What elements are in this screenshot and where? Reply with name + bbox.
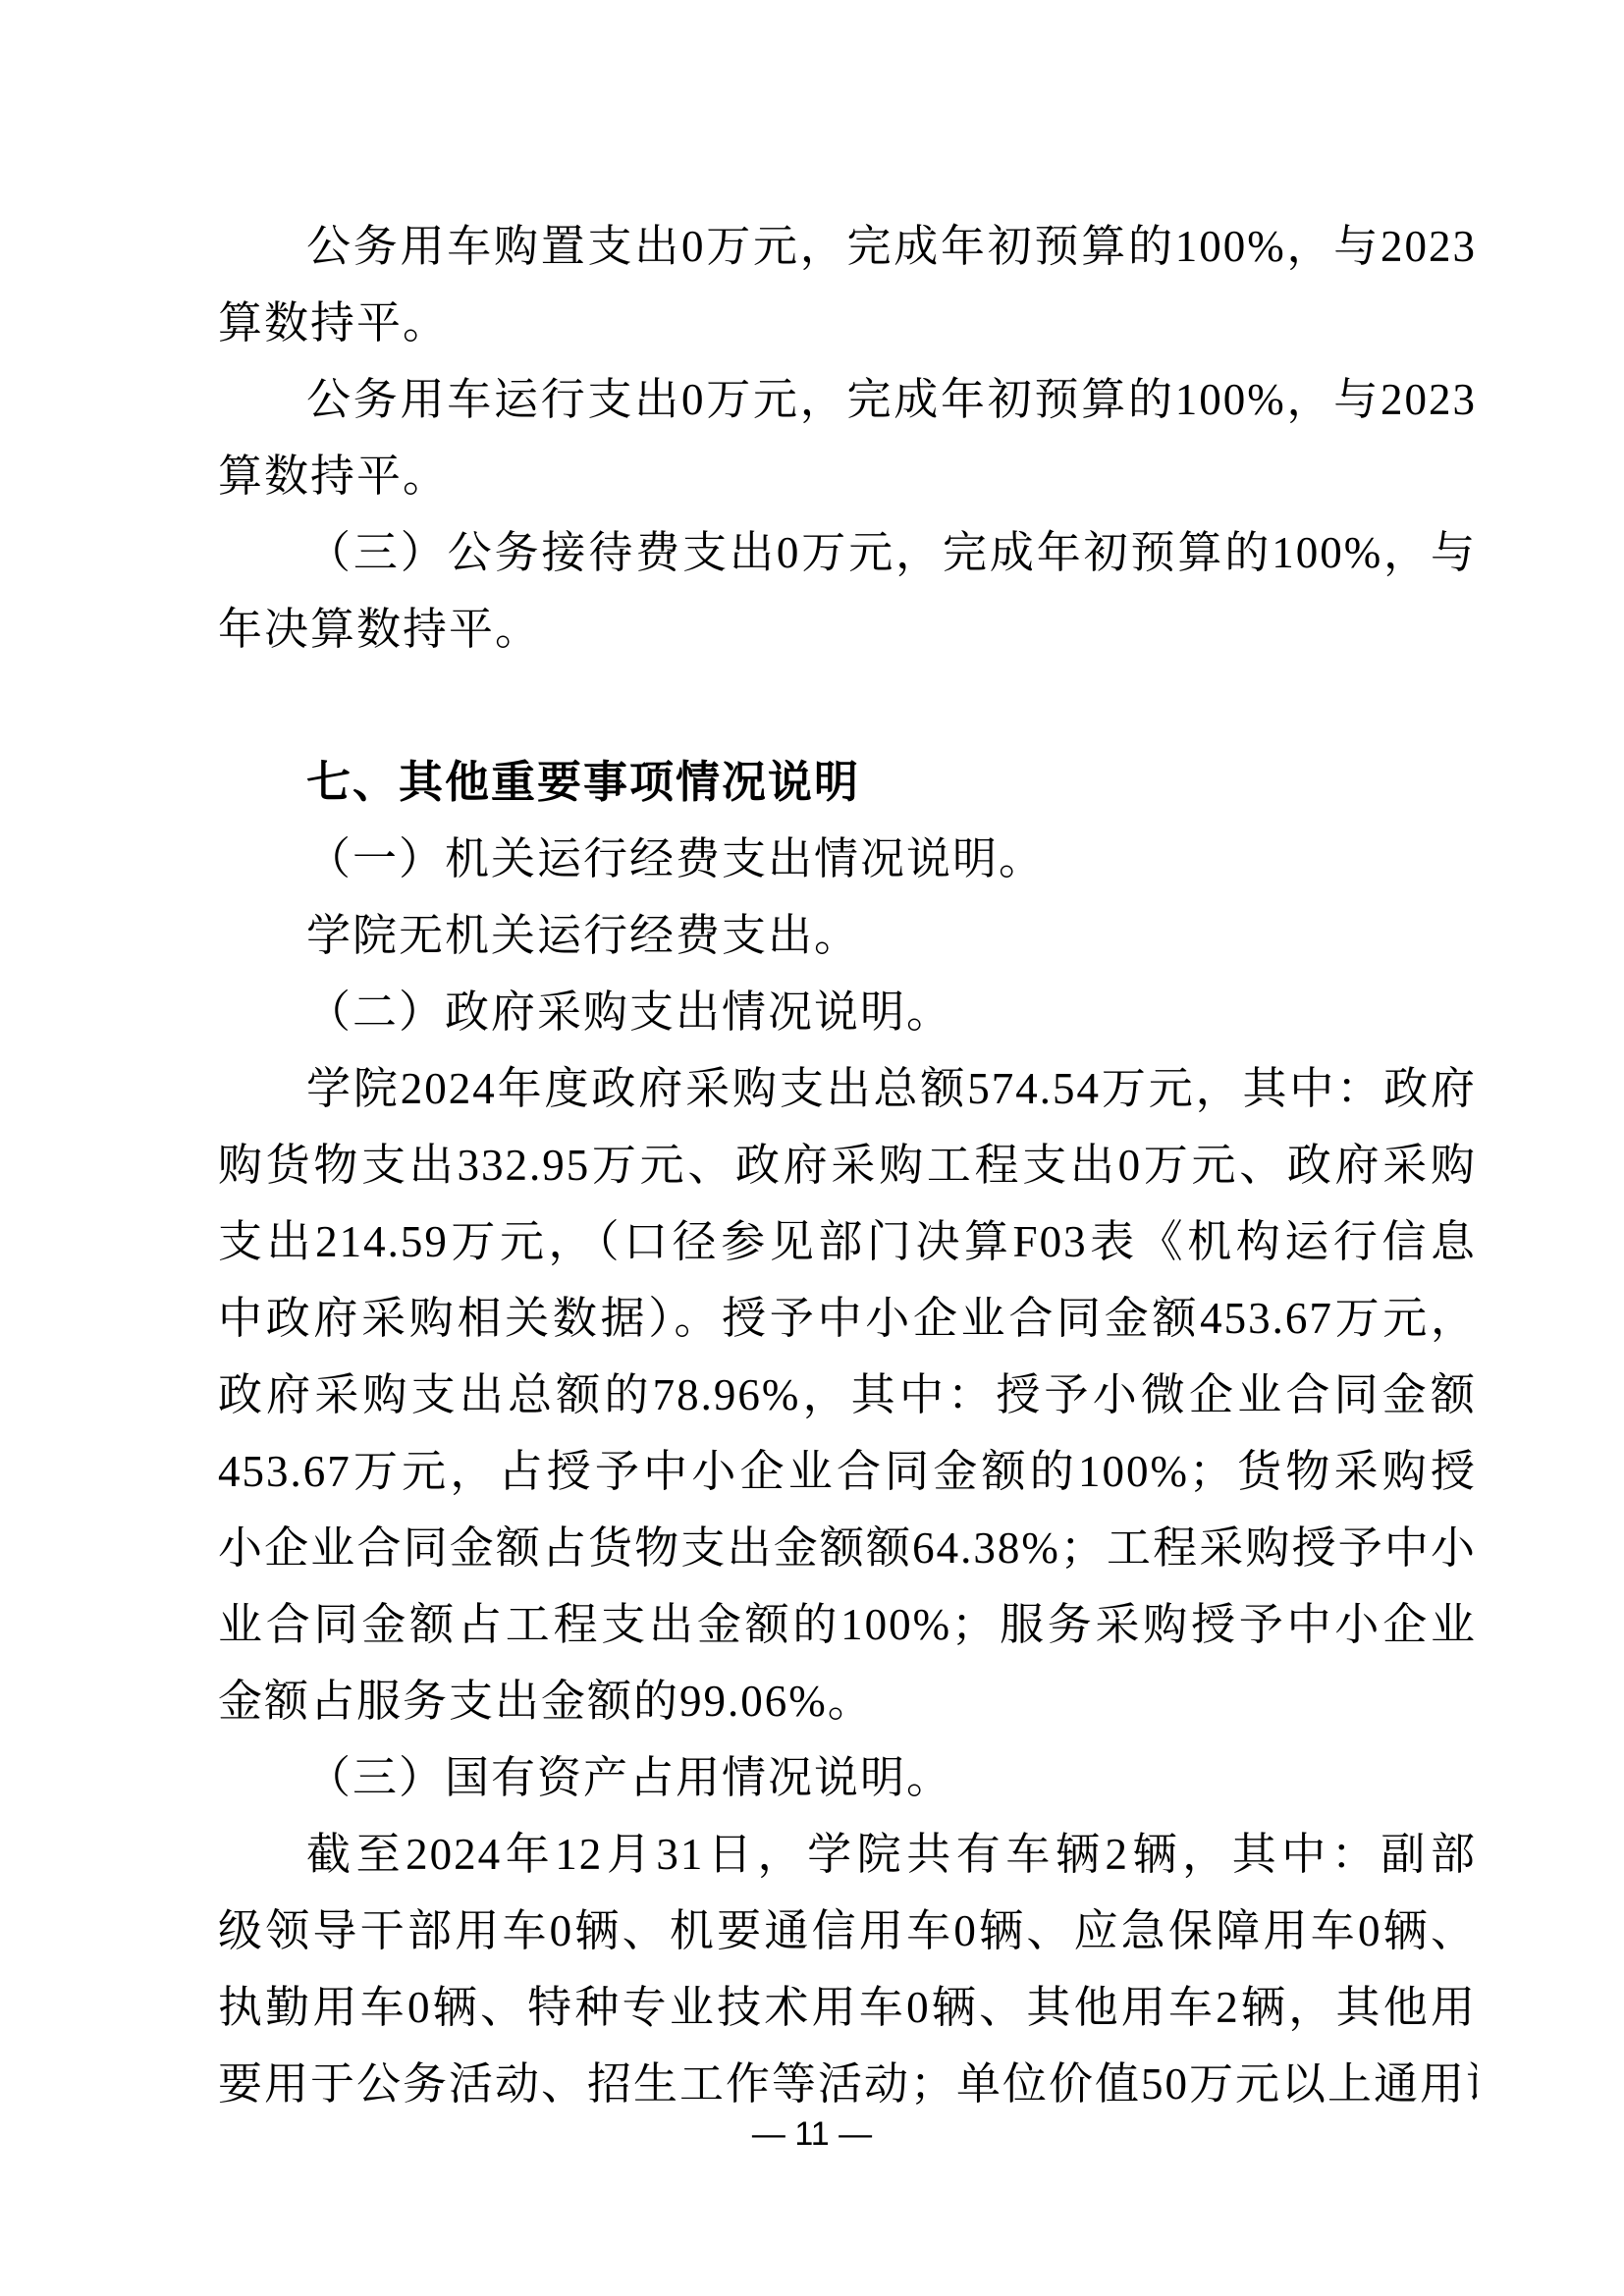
text-line: （二）政府采购支出情况说明。 xyxy=(218,974,1477,1050)
text-line: 公务用车购置支出0万元，完成年初预算的100%，与2023年决 xyxy=(218,208,1477,285)
page-number: — 11 — xyxy=(0,2112,1624,2156)
text-line: 政府采购支出总额的78.96%，其中：授予小微企业合同金额 xyxy=(218,1357,1477,1433)
text-line: 七、其他重要事项情况说明 xyxy=(218,744,1477,821)
text-line: 金额占服务支出金额的99.06%。 xyxy=(218,1663,1477,1739)
paragraph: 公务用车运行支出0万元，完成年初预算的100%，与2023年决算数持平。 xyxy=(218,361,1477,514)
document-page: 公务用车购置支出0万元，完成年初预算的100%，与2023年决算数持平。公务用车… xyxy=(0,0,1624,2296)
text-line: 学院2024年度政府采购支出总额574.54万元，其中：政府采 xyxy=(218,1050,1477,1127)
text-line: 要用于公务活动、招生工作等活动；单位价值50万元以上通用设 xyxy=(218,2046,1477,2122)
text-line: （三）国有资产占用情况说明。 xyxy=(218,1739,1477,1816)
text-line: 算数持平。 xyxy=(218,285,1477,361)
text-line: （三）公务接待费支出0万元，完成年初预算的100%，与2023 xyxy=(218,514,1477,591)
text-line: 支出214.59万元，（口径参见部门决算F03表《机构运行信息表》 xyxy=(218,1203,1477,1280)
paragraph: 学院无机关运行经费支出。 xyxy=(218,897,1477,974)
paragraph: （三）国有资产占用情况说明。 xyxy=(218,1739,1477,1816)
document-body: 公务用车购置支出0万元，完成年初预算的100%，与2023年决算数持平。公务用车… xyxy=(218,208,1477,2122)
text-line: 小企业合同金额占货物支出金额额64.38%；工程采购授予中小企 xyxy=(218,1510,1477,1586)
paragraph: 公务用车购置支出0万元，完成年初预算的100%，与2023年决算数持平。 xyxy=(218,208,1477,361)
text-line: 中政府采购相关数据）。授予中小企业合同金额453.67万元，占 xyxy=(218,1280,1477,1357)
text-line: 级领导干部用车0辆、机要通信用车0辆、应急保障用车0辆、执法 xyxy=(218,1893,1477,1969)
text-line: 453.67万元，占授予中小企业合同金额的100%；货物采购授予中 xyxy=(218,1433,1477,1510)
text-line: 学院无机关运行经费支出。 xyxy=(218,897,1477,974)
text-line: 执勤用车0辆、特种专业技术用车0辆、其他用车2辆，其他用车主 xyxy=(218,1969,1477,2046)
text-line: 年决算数持平。 xyxy=(218,591,1477,667)
paragraph: 学院2024年度政府采购支出总额574.54万元，其中：政府采购货物支出332.… xyxy=(218,1050,1477,1739)
paragraph: （一）机关运行经费支出情况说明。 xyxy=(218,821,1477,897)
text-line: 截至2024年12月31日，学院共有车辆2辆，其中：副部（省） xyxy=(218,1816,1477,1893)
paragraph: （三）公务接待费支出0万元，完成年初预算的100%，与2023年决算数持平。 xyxy=(218,514,1477,667)
text-line: 业合同金额占工程支出金额的100%；服务采购授予中小企业合同 xyxy=(218,1586,1477,1663)
text-line: 算数持平。 xyxy=(218,438,1477,514)
text-line: （一）机关运行经费支出情况说明。 xyxy=(218,821,1477,897)
text-line: 购货物支出332.95万元、政府采购工程支出0万元、政府采购服务 xyxy=(218,1127,1477,1203)
paragraph: 截至2024年12月31日，学院共有车辆2辆，其中：副部（省）级领导干部用车0辆… xyxy=(218,1816,1477,2122)
text-line: 公务用车运行支出0万元，完成年初预算的100%，与2023年决 xyxy=(218,361,1477,438)
paragraph: （二）政府采购支出情况说明。 xyxy=(218,974,1477,1050)
section-heading: 七、其他重要事项情况说明 xyxy=(218,744,1477,821)
